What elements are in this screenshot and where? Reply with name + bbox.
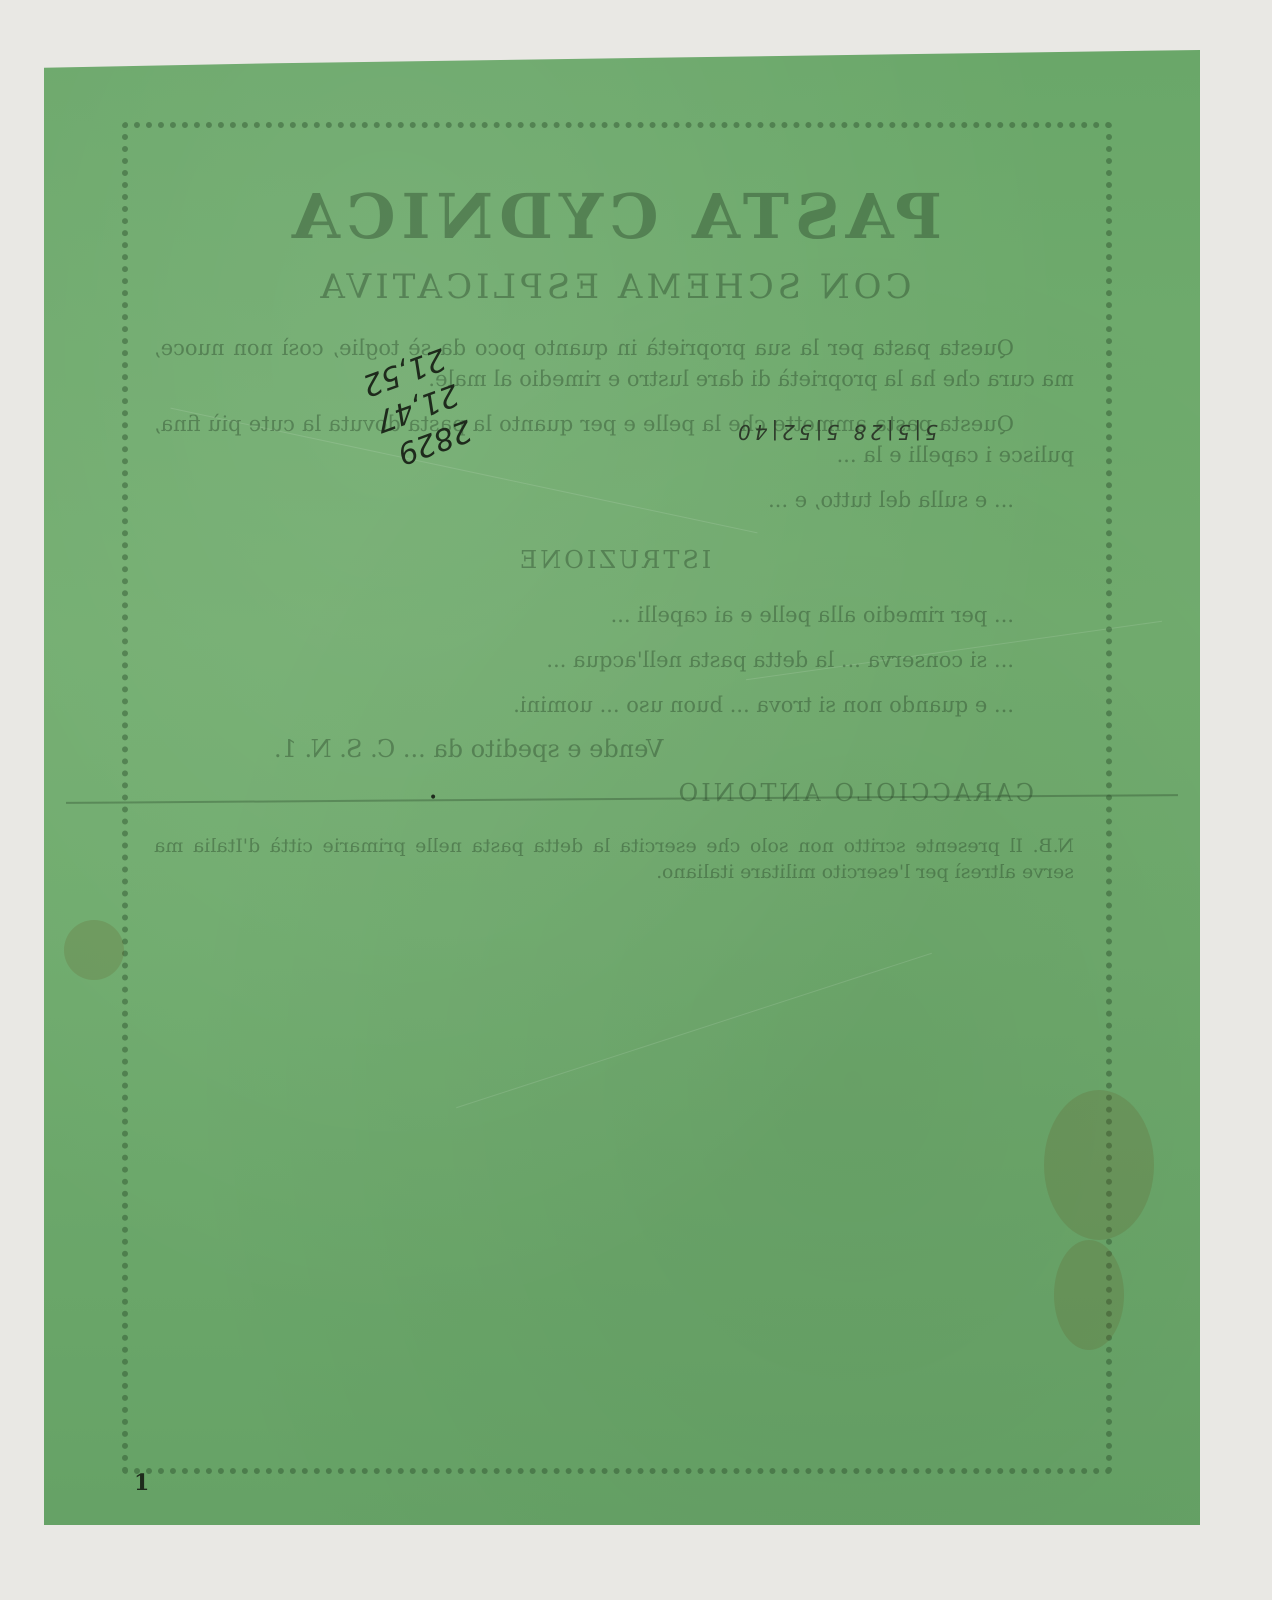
print-paragraph: ... si conserva ... la detta pasta nell'… xyxy=(154,645,1074,676)
print-title: PASTA CYDNICA xyxy=(154,180,1074,253)
print-section-heading: ISTRUZIONE xyxy=(154,546,1074,574)
show-through-print: PASTA CYDNICA CON SCHEMA ESPLICATIVA Que… xyxy=(154,160,1074,885)
print-paragraph: ... e sulla del tutto, e ... xyxy=(154,485,1074,516)
print-place-line: Vende e spedito da ... C. S. N. 1. xyxy=(274,735,1074,763)
print-footnote: N.B. Il presente scritto non solo che es… xyxy=(154,833,1074,885)
margin-mark: 1 xyxy=(134,1470,149,1496)
paper-stain xyxy=(64,920,124,980)
print-lower-body: ... per rimedio alla pelle e ai capelli … xyxy=(154,600,1074,721)
print-subtitle: CON SCHEMA ESPLICATIVA xyxy=(154,267,1074,307)
handwritten-calculation: 5|5|28 5|52|40 xyxy=(734,420,938,444)
paper-stain xyxy=(1044,1090,1154,1240)
print-paragraph: ... e quando non si trova ... buon uso .… xyxy=(154,690,1074,721)
paper-stain xyxy=(1054,1240,1124,1350)
green-paper-sheet: PASTA CYDNICA CON SCHEMA ESPLICATIVA Que… xyxy=(44,50,1200,1525)
print-paragraph: Questa pasta per la sua proprietà in qua… xyxy=(154,333,1074,395)
margin-mark: • xyxy=(429,790,437,806)
print-signature: CARACCIOLO ANTONIO xyxy=(154,779,1034,807)
print-paragraph: ... per rimedio alla pelle e ai capelli … xyxy=(154,600,1074,631)
